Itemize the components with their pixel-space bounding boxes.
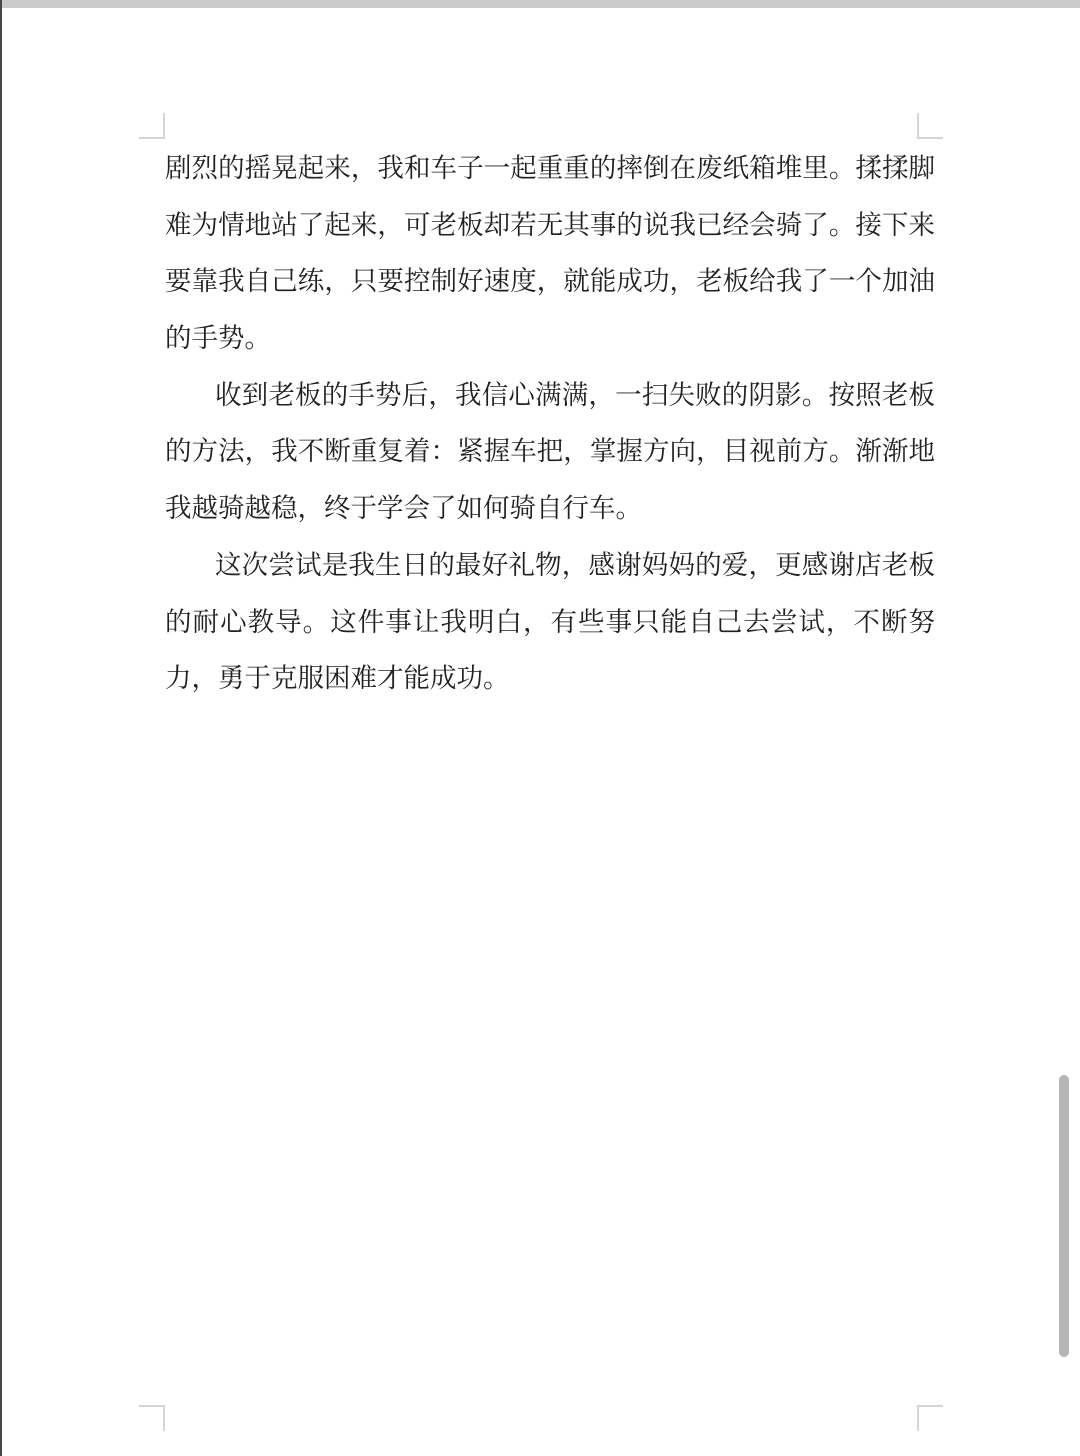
text-line: 我越骑越稳，终于学会了如何骑自行车。 (165, 480, 935, 537)
crop-mark-top-left (139, 113, 165, 139)
window-top-bar (0, 0, 1080, 8)
document-page-text: 剧烈的摇晃起来，我和车子一起重重的摔倒在废纸箱堆里。揉揉脚 难为情地站了起来，可… (165, 140, 935, 707)
scrollbar-thumb[interactable] (1059, 1075, 1069, 1357)
text-line: 难为情地站了起来，可老板却若无其事的说我已经会骑了。接下来 (165, 197, 935, 254)
text-line: 要靠我自己练，只要控制好速度，就能成功，老板给我了一个加油 (165, 253, 935, 310)
text-line: 收到老板的手势后，我信心满满，一扫失败的阴影。按照老板 (165, 367, 935, 424)
crop-mark-top-right (917, 113, 943, 139)
text-line: 的手势。 (165, 310, 935, 367)
text-line: 的方法，我不断重复着：紧握车把，掌握方向，目视前方。渐渐地 (165, 423, 935, 480)
crop-mark-bottom-right (917, 1405, 943, 1431)
crop-mark-bottom-left (139, 1405, 165, 1431)
window-left-edge-line (0, 0, 2, 1456)
text-line: 这次尝试是我生日的最好礼物，感谢妈妈的爱，更感谢店老板 (165, 537, 935, 594)
text-line: 的耐心教导。这件事让我明白，有些事只能自己去尝试，不断努 (165, 594, 935, 651)
text-line: 力，勇于克服困难才能成功。 (165, 650, 935, 707)
text-line: 剧烈的摇晃起来，我和车子一起重重的摔倒在废纸箱堆里。揉揉脚 (165, 140, 935, 197)
